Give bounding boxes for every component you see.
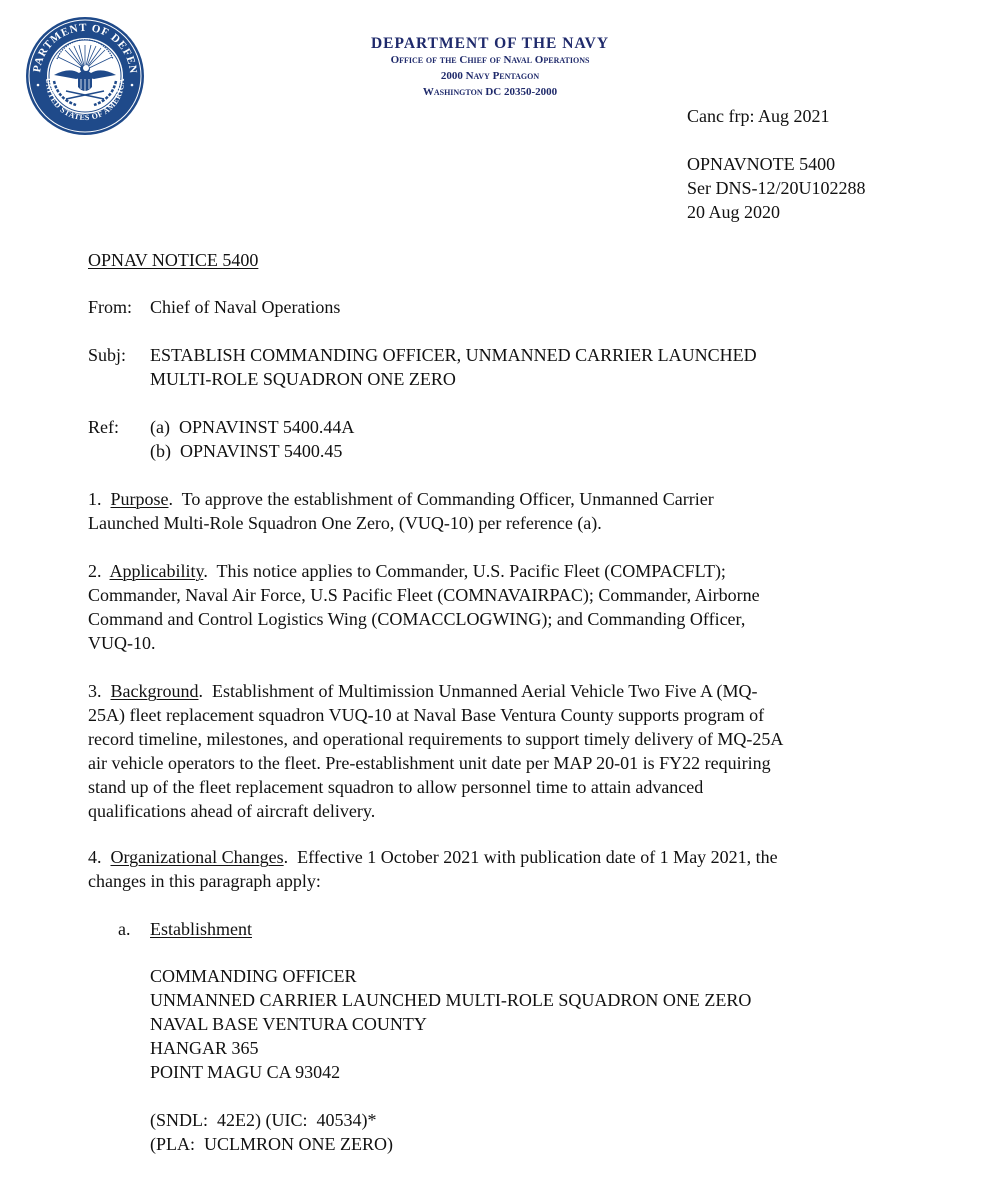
paragraph-text: . This notice applies to Commander, U.S.… [203, 561, 726, 581]
paragraph-number: 3. [88, 681, 102, 701]
paragraph-number: 2. [88, 561, 102, 581]
paragraph-heading: Applicability [110, 561, 204, 581]
notice-title: OPNAV NOTICE 5400 [88, 248, 258, 272]
paragraph-organizational-changes: 4. Organizational Changes. Effective 1 O… [88, 845, 888, 893]
paragraph-text: 25A) fleet replacement squadron VUQ-10 a… [88, 703, 888, 727]
paragraph-number: 4. [88, 847, 102, 867]
subj-label: Subj: [88, 343, 126, 367]
paragraph-number: 1. [88, 489, 102, 509]
letterhead-office: Office of the Chief of Naval Operations [340, 52, 640, 68]
paragraph-text: VUQ-10. [88, 631, 888, 655]
ref-item: (b) OPNAVINST 5400.45 [150, 439, 342, 463]
paragraph-text: . Establishment of Multimission Unmanned… [198, 681, 757, 701]
address-block: COMMANDING OFFICER UNMANNED CARRIER LAUN… [150, 964, 751, 1156]
paragraph-text: . Effective 1 October 2021 with publicat… [284, 847, 778, 867]
subj-line: MULTI-ROLE SQUADRON ONE ZERO [150, 367, 456, 391]
from-label: From: [88, 295, 132, 319]
address-line: NAVAL BASE VENTURA COUNTY [150, 1012, 751, 1036]
paragraph-background: 3. Background. Establishment of Multimis… [88, 679, 888, 823]
letterhead: DEPARTMENT OF THE NAVY Office of the Chi… [340, 36, 640, 100]
paragraph-text: changes in this paragraph apply: [88, 869, 888, 893]
serial-number: Ser DNS-12/20U102288 [687, 176, 866, 200]
from-value: Chief of Naval Operations [150, 295, 340, 319]
paragraph-text: air vehicle operators to the fleet. Pre-… [88, 751, 888, 775]
paragraph-text: record timeline, milestones, and operati… [88, 727, 888, 751]
address-line: UNMANNED CARRIER LAUNCHED MULTI-ROLE SQU… [150, 988, 751, 1012]
dod-seal-logo: DEPARTMENT OF DEFENSE UNITED STATES OF A… [24, 15, 146, 137]
ref-label: Ref: [88, 415, 119, 439]
codes-line: (SNDL: 42E2) (UIC: 40534)* [150, 1108, 751, 1132]
paragraph-text: . To approve the establishment of Comman… [169, 489, 714, 509]
paragraph-text: stand up of the fleet replacement squadr… [88, 775, 888, 799]
letterhead-address: 2000 Navy Pentagon [340, 68, 640, 84]
paragraph-text: Command and Control Logistics Wing (COMA… [88, 607, 888, 631]
address-line: HANGAR 365 [150, 1036, 751, 1060]
address-line: COMMANDING OFFICER [150, 964, 751, 988]
paragraph-text: qualifications ahead of aircraft deliver… [88, 799, 888, 823]
paragraph-heading: Purpose [111, 489, 169, 509]
subparagraph-number: a. [118, 917, 131, 941]
paragraph-heading: Background [111, 681, 199, 701]
codes-line: (PLA: UCLMRON ONE ZERO) [150, 1132, 751, 1156]
address-line: POINT MAGU CA 93042 [150, 1060, 751, 1084]
identification-block: Canc frp: Aug 2021 OPNAVNOTE 5400 Ser DN… [687, 104, 866, 224]
document-date: 20 Aug 2020 [687, 200, 866, 224]
cancellation-line: Canc frp: Aug 2021 [687, 104, 866, 128]
paragraph-text: Commander, Naval Air Force, U.S Pacific … [88, 583, 888, 607]
paragraph-text: Launched Multi-Role Squadron One Zero, (… [88, 511, 888, 535]
paragraph-heading: Organizational Changes [111, 847, 284, 867]
paragraph-purpose: 1. Purpose. To approve the establishment… [88, 487, 888, 535]
subj-line: ESTABLISH COMMANDING OFFICER, UNMANNED C… [150, 343, 757, 367]
subparagraph-heading: Establishment [150, 917, 252, 941]
paragraph-applicability: 2. Applicability. This notice applies to… [88, 559, 888, 655]
letterhead-city: Washington DC 20350-2000 [340, 84, 640, 100]
letterhead-title: DEPARTMENT OF THE NAVY [340, 36, 640, 52]
ref-item: (a) OPNAVINST 5400.44A [150, 415, 354, 439]
note-number: OPNAVNOTE 5400 [687, 152, 866, 176]
